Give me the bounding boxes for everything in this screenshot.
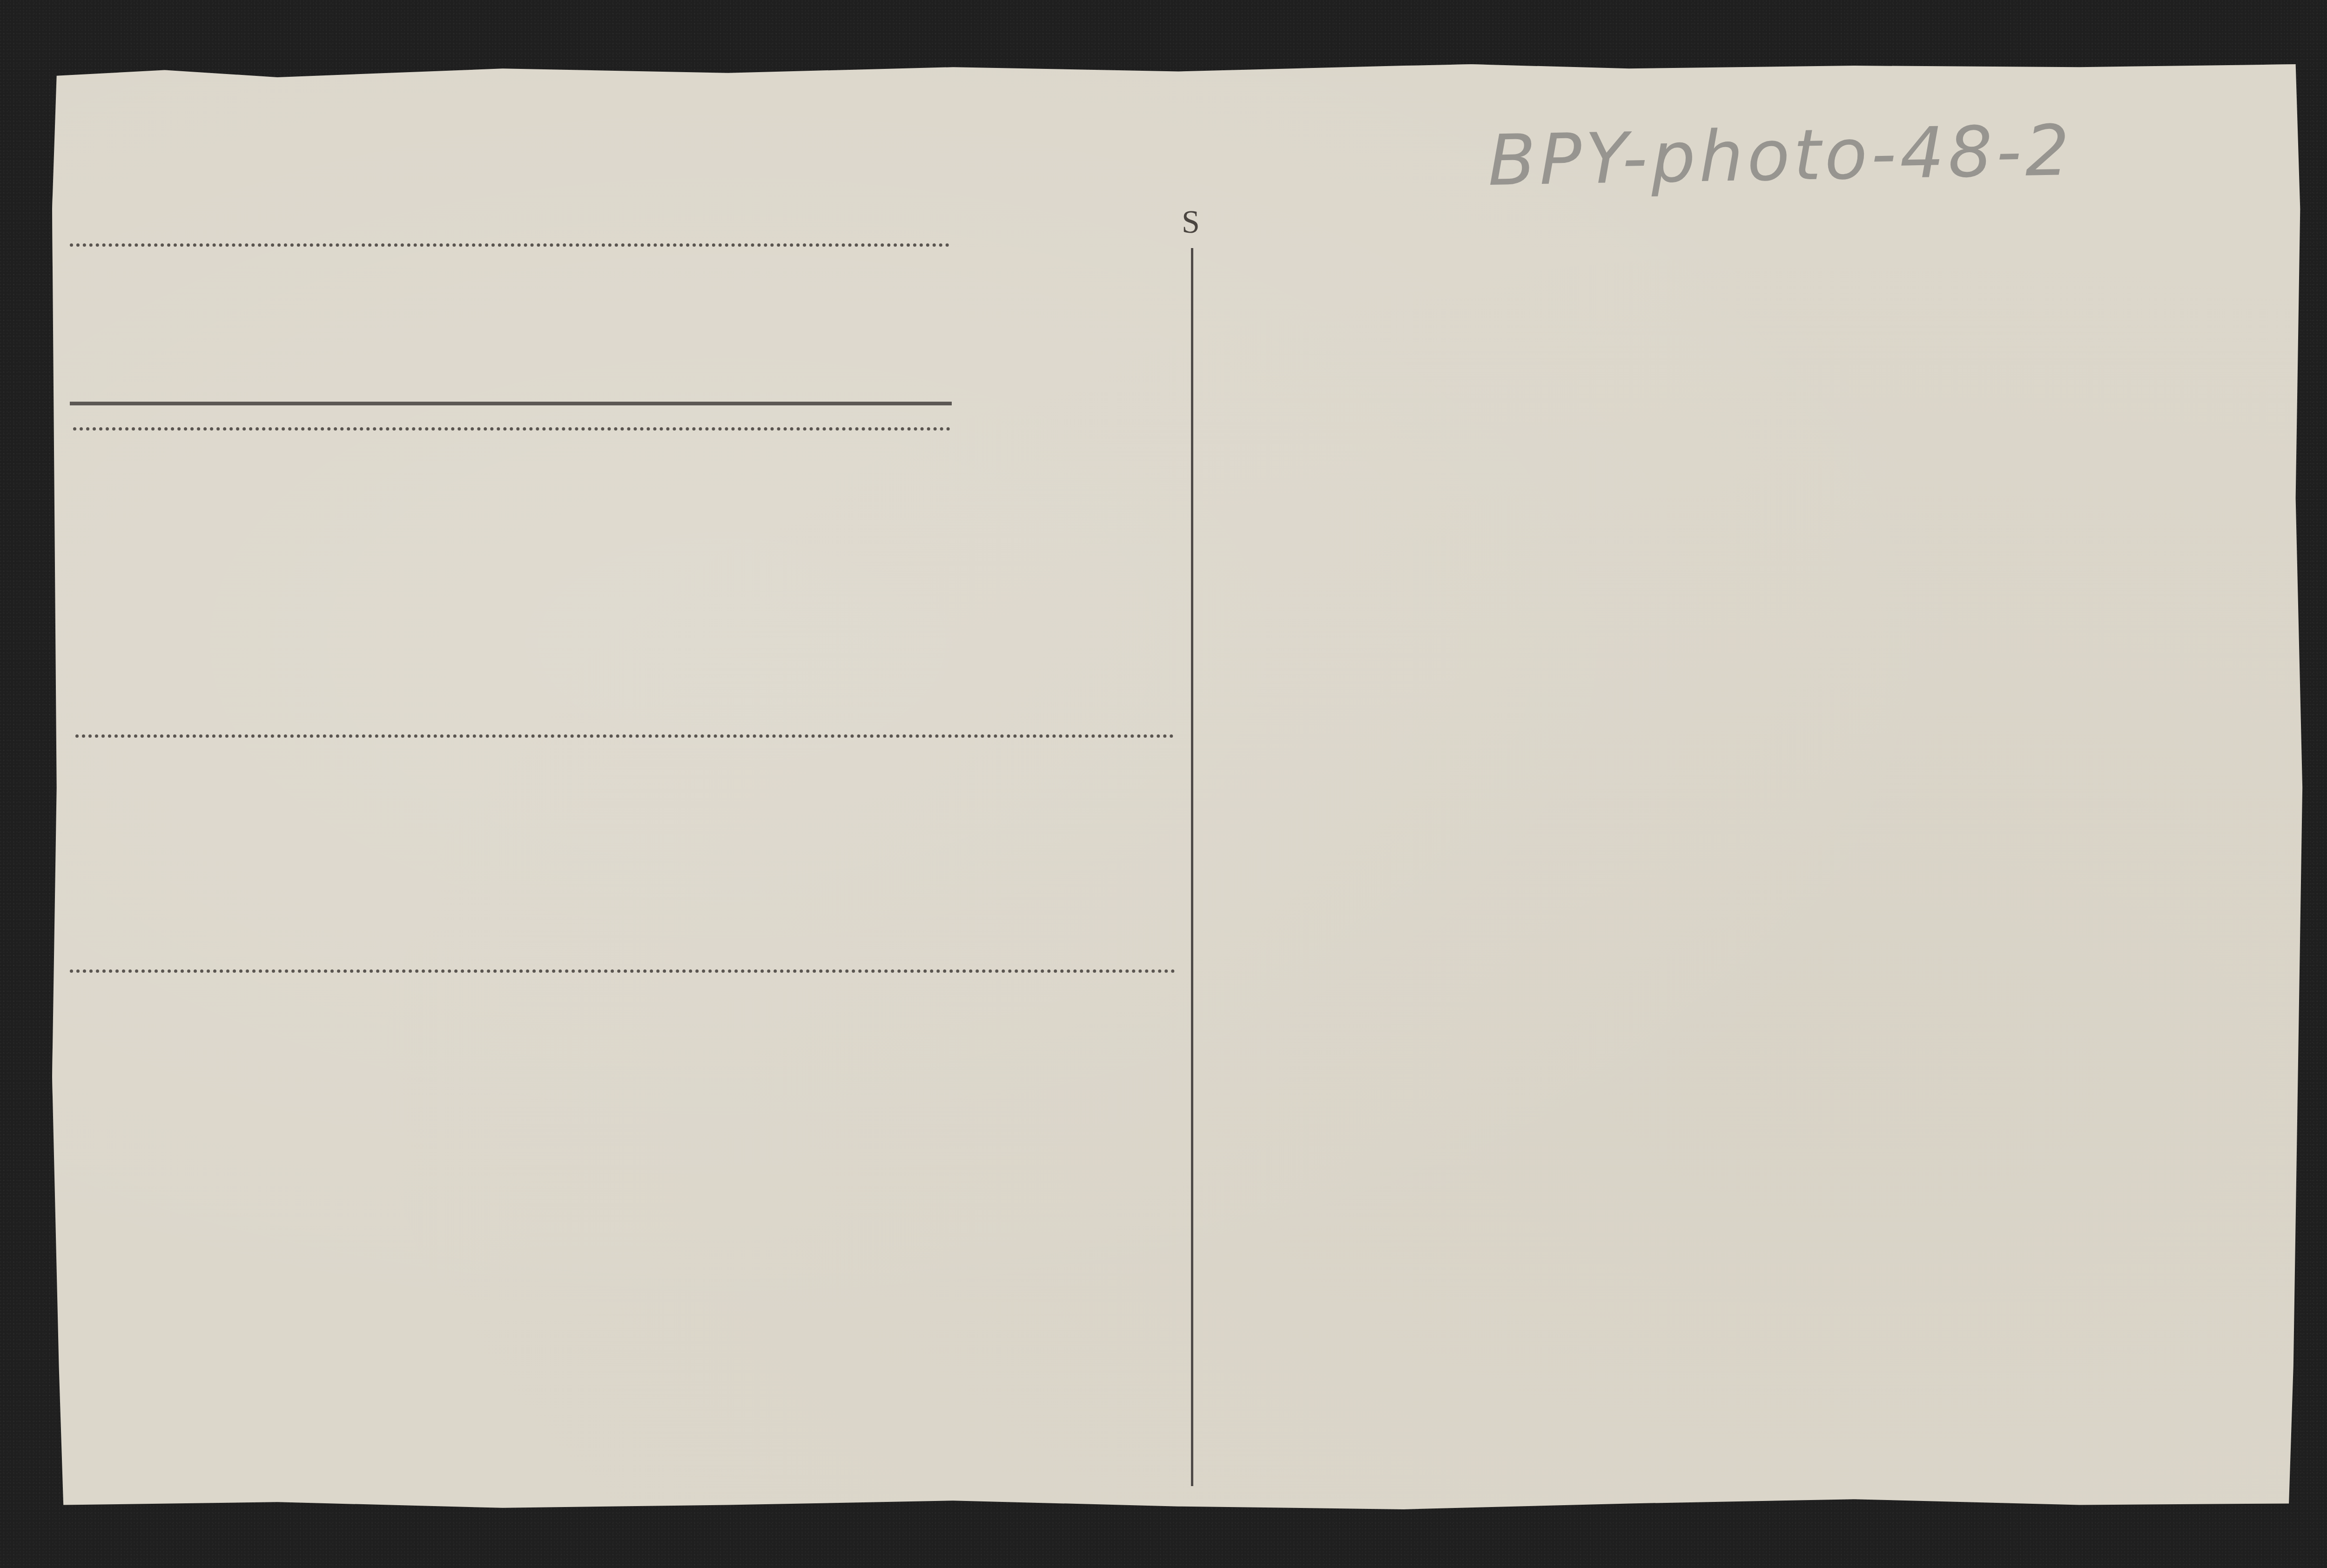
message-line-1 (70, 243, 949, 247)
heading-underline (70, 402, 952, 405)
printer-mark: S (1182, 206, 1200, 239)
center-divider-line (1191, 248, 1193, 1486)
message-line-2 (73, 427, 950, 431)
handwritten-reference-number: BPY-photo-48-2 (1487, 110, 2074, 202)
message-line-3 (75, 734, 1174, 738)
message-line-4 (70, 969, 1175, 973)
postcard-back: S BPY-photo-48-2 (52, 64, 2305, 1511)
